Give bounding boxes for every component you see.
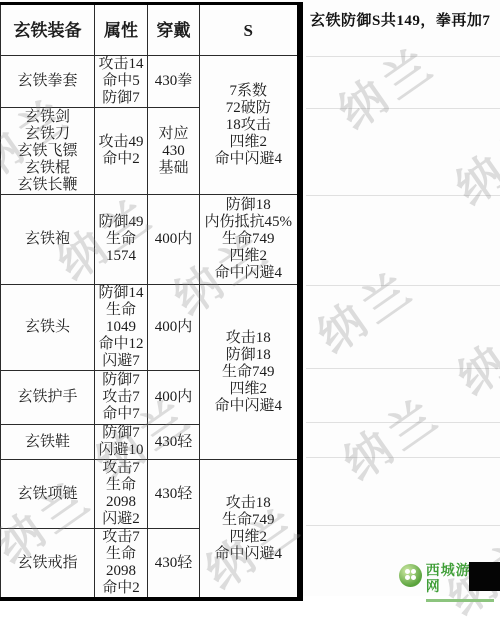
gridline: [306, 56, 500, 57]
s-merged-cell: 7系数 72破防 18攻击 四维2 命中闪避4: [200, 56, 300, 195]
attribute-cell: 攻击7 生命 2098 闪避2: [95, 460, 148, 529]
gridline: [306, 457, 500, 458]
wear-cell: 400内: [148, 195, 200, 285]
black-corner-box: [469, 562, 500, 591]
header-attribute: 属性: [95, 4, 148, 56]
table-row: 玄铁项链 攻击7 生命 2098 闪避2 430轻 攻击18 生命749 四维2…: [1, 460, 300, 529]
attribute-cell: 攻击14 命中5 防御7: [95, 56, 148, 108]
equipment-cell: 玄铁戒指: [1, 529, 95, 597]
s-merged-cell: 攻击18 防御18 生命749 四维2 命中闪避4: [200, 285, 300, 460]
gridline: [306, 285, 500, 286]
equipment-cell: 玄铁剑 玄铁刀 玄铁飞镖 玄铁棍 玄铁长鞭: [1, 108, 95, 195]
header-wear: 穿戴: [148, 4, 200, 56]
header-equipment: 玄铁装备: [1, 4, 95, 56]
attribute-cell: 攻击49 命中2: [95, 108, 148, 195]
summary-note: 玄铁防御S共149，拳再加7: [310, 9, 490, 30]
wear-cell: 430轻: [148, 425, 200, 460]
equipment-cell: 玄铁拳套: [1, 56, 95, 108]
attribute-cell: 攻击7 生命 2098 命中2: [95, 529, 148, 597]
s-merged-cell: 攻击18 生命749 四维2 命中闪避4: [200, 460, 300, 597]
attribute-cell: 防御7 闪避10: [95, 425, 148, 460]
gridline: [306, 422, 500, 423]
attribute-cell: 防御14 生命 1049 命中12 闪避7: [95, 285, 148, 371]
spreadsheet-screenshot: 玄铁装备 属性 穿戴 S 玄铁拳套 攻击14 命中5 防御7 430拳 7系数 …: [0, 0, 500, 596]
table-row: 玄铁头 防御14 生命 1049 命中12 闪避7 400内 攻击18 防御18…: [1, 285, 300, 371]
gridline: [306, 108, 500, 109]
wear-cell: 430轻: [148, 529, 200, 597]
header-s: S: [200, 4, 300, 56]
equipment-table: 玄铁装备 属性 穿戴 S 玄铁拳套 攻击14 命中5 防御7 430拳 7系数 …: [0, 2, 303, 596]
gridline: [306, 195, 500, 196]
header-row: 玄铁装备 属性 穿戴 S: [1, 4, 300, 56]
s-merged-cell: 防御18 内伤抵抗45% 生命749 四维2 命中闪避4: [200, 195, 300, 285]
table-row: 玄铁袍 防御49 生命 1574 400内 防御18 内伤抵抗45% 生命749…: [1, 195, 300, 285]
right-pane: 玄铁防御S共149，拳再加7: [306, 0, 500, 596]
attribute-cell: 防御49 生命 1574: [95, 195, 148, 285]
equipment-cell: 玄铁护手: [1, 371, 95, 425]
table-row: 玄铁拳套 攻击14 命中5 防御7 430拳 7系数 72破防 18攻击 四维2…: [1, 56, 300, 108]
attribute-cell: 防御7 攻击7 命中7: [95, 371, 148, 425]
wear-cell: 430拳: [148, 56, 200, 108]
equipment-cell: 玄铁项链: [1, 460, 95, 529]
equipment-cell: 玄铁鞋: [1, 425, 95, 460]
site-logo-icon: [399, 564, 422, 587]
equipment-cell: 玄铁袍: [1, 195, 95, 285]
wear-cell: 400内: [148, 371, 200, 425]
gridline: [306, 368, 500, 369]
wear-cell: 400内: [148, 285, 200, 371]
wear-cell: 对应 430 基础: [148, 108, 200, 195]
equipment-cell: 玄铁头: [1, 285, 95, 371]
gridline: [306, 525, 500, 526]
wear-cell: 430轻: [148, 460, 200, 529]
